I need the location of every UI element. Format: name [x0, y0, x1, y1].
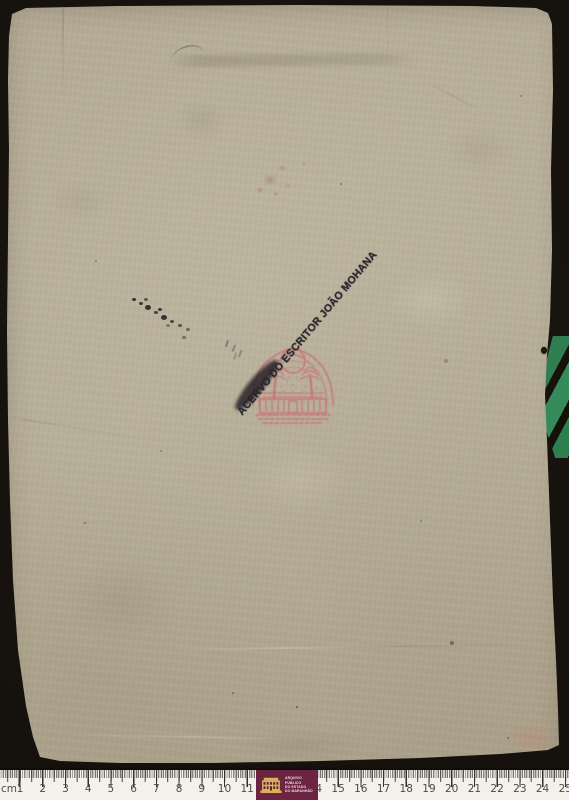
- paper-specks: [296, 706, 298, 708]
- archive-logo-text: ARQUIVO PÚBLICO DO ESTADO DO MARANHÃO: [285, 776, 313, 794]
- archive-logo: ARQUIVO PÚBLICO DO ESTADO DO MARANHÃO: [256, 770, 318, 800]
- measurement-ruler: cm1234567891011141516171819202122232425: [0, 770, 569, 800]
- ruler-number: 18: [400, 783, 413, 795]
- crease-line: [60, 734, 320, 741]
- ruler-number: 10: [218, 783, 231, 795]
- pencil-marks: [225, 340, 229, 347]
- ruler-number: 8: [176, 783, 183, 795]
- pinhole: [541, 347, 547, 354]
- ruler-number: 16: [354, 783, 367, 795]
- crease-line: [424, 80, 487, 115]
- ruler-number: 4: [85, 783, 92, 795]
- collection-stamp-text: ACERVO DO ESCRITOR JOÃO MOHANA: [235, 249, 379, 418]
- archive-seal-stamp: [243, 331, 343, 427]
- ruler-number: 23: [513, 783, 526, 795]
- ruler-number: 9: [198, 783, 205, 795]
- ruler-unit-label: cm: [1, 783, 17, 795]
- crease-line: [170, 643, 550, 650]
- archive-logo-line: DO MARANHÃO: [285, 789, 313, 793]
- crease-line: [21, 418, 169, 443]
- ruler-number: 6: [130, 783, 137, 795]
- ruler-number: 24: [536, 783, 549, 795]
- pen-mark: [169, 43, 205, 62]
- ink-blot: [230, 356, 283, 415]
- document-paper: ACERVO DO ESCRITOR JOÃO MOHANA: [0, 0, 569, 800]
- building-icon: [260, 776, 282, 794]
- ruler-number: 15: [331, 783, 344, 795]
- crease-line: [62, 8, 64, 104]
- ruler-number: 3: [62, 783, 69, 795]
- ruler-number: 25: [559, 783, 569, 795]
- ruler-number: 5: [108, 783, 115, 795]
- crease-line: [387, 7, 388, 71]
- ruler-number: 20: [445, 783, 458, 795]
- ruler-number: 1: [17, 783, 24, 795]
- scan-stage: ACERVO DO ESCRITOR JOÃO MOHANA cm1234567…: [0, 0, 569, 800]
- collection-stamp: ACERVO DO ESCRITOR JOÃO MOHANA: [230, 250, 455, 430]
- ruler-number: 17: [377, 783, 390, 795]
- ruler-number: 11: [241, 783, 254, 795]
- ruler-number: 2: [39, 783, 46, 795]
- ink-smudge: [128, 290, 198, 338]
- ruler-number: 22: [490, 783, 503, 795]
- ink-showthrough-band: [168, 53, 418, 68]
- foxing-stain: [246, 150, 314, 202]
- ruler-number: 21: [468, 783, 481, 795]
- ruler-number: 7: [153, 783, 160, 795]
- ruler-number: 19: [422, 783, 435, 795]
- green-bookmark-strip: [544, 336, 569, 458]
- edge-stain: [505, 722, 560, 754]
